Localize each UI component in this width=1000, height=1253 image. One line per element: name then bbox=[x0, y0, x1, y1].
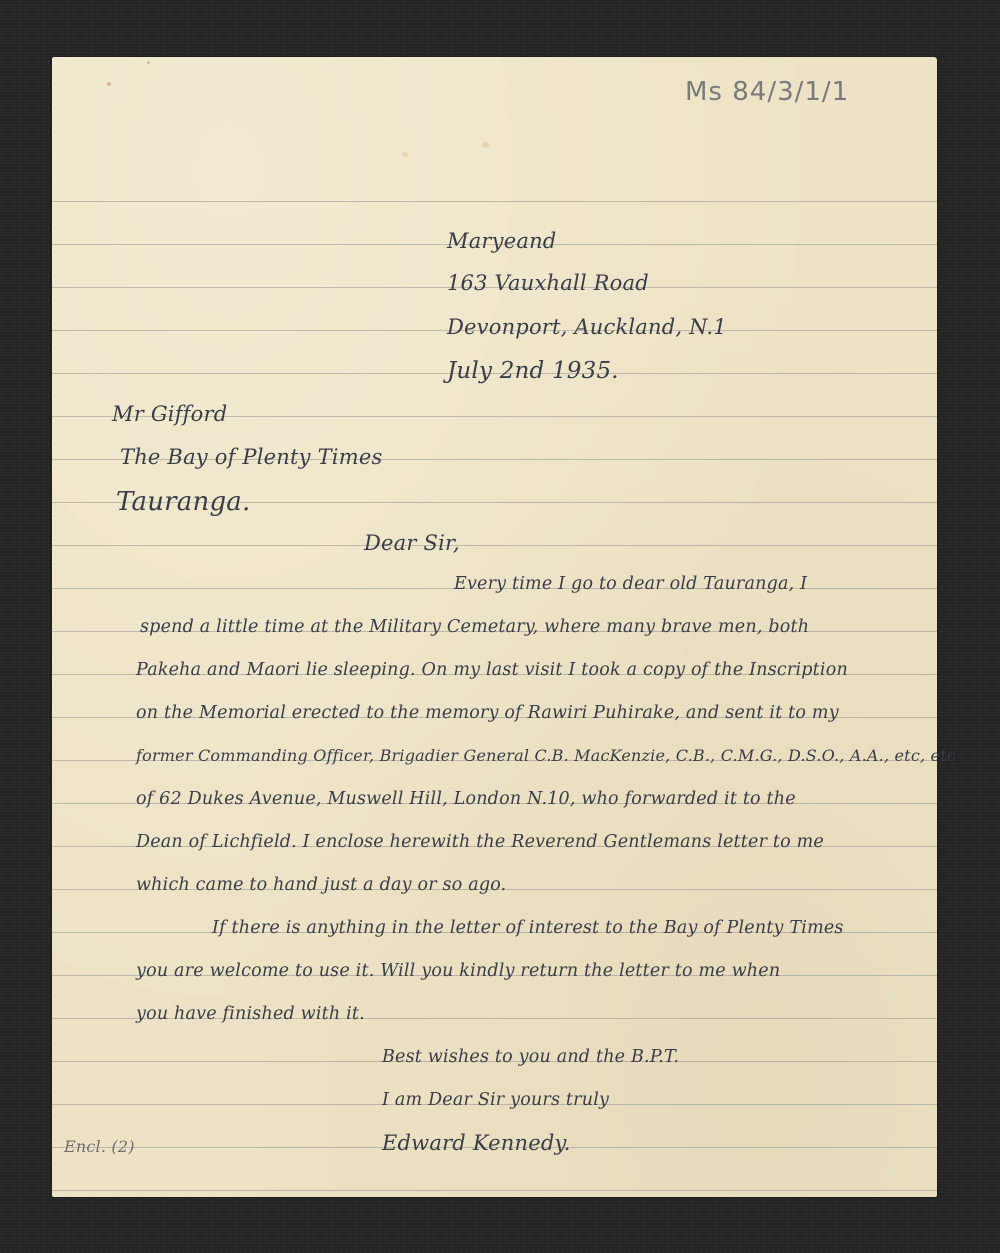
body-line: on the Memorial erected to the memory of… bbox=[136, 703, 839, 723]
paper-stain bbox=[107, 82, 111, 86]
sender-city: Devonport, Auckland, N.1 bbox=[447, 315, 727, 339]
closing-valediction: I am Dear Sir yours truly bbox=[382, 1090, 609, 1110]
archive-reference: Ms 84/3/1/1 bbox=[685, 77, 849, 107]
paper-stain bbox=[147, 61, 150, 64]
letter-date: July 2nd 1935. bbox=[447, 358, 619, 384]
salutation: Dear Sir, bbox=[364, 531, 460, 555]
sender-house-name: Maryeand bbox=[447, 229, 556, 253]
enclosure-note: Encl. (2) bbox=[64, 1137, 135, 1156]
recipient-name: Mr Gifford bbox=[112, 402, 227, 426]
letter-page: Ms 84/3/1/1 Maryeand 163 Vauxhall Road D… bbox=[52, 57, 937, 1197]
body-line: of 62 Dukes Avenue, Muswell Hill, London… bbox=[136, 789, 796, 809]
body-line: you have finished with it. bbox=[136, 1004, 365, 1024]
sender-street: 163 Vauxhall Road bbox=[447, 271, 649, 295]
paper-stain bbox=[402, 152, 408, 157]
body-line: Every time I go to dear old Tauranga, I bbox=[454, 574, 807, 594]
recipient-place: Tauranga. bbox=[116, 487, 250, 517]
body-line: former Commanding Officer, Brigadier Gen… bbox=[136, 746, 956, 765]
body-line: If there is anything in the letter of in… bbox=[212, 918, 844, 938]
body-line: spend a little time at the Military Ceme… bbox=[140, 617, 809, 637]
body-line: Pakeha and Maori lie sleeping. On my las… bbox=[136, 660, 848, 680]
recipient-organization: The Bay of Plenty Times bbox=[120, 445, 382, 469]
paper-stain bbox=[482, 142, 489, 148]
closing-wishes: Best wishes to you and the B.P.T. bbox=[382, 1047, 679, 1067]
body-line: Dean of Lichfield. I enclose herewith th… bbox=[136, 832, 824, 852]
body-line: which came to hand just a day or so ago. bbox=[136, 875, 506, 895]
body-line: you are welcome to use it. Will you kind… bbox=[136, 961, 780, 981]
signature: Edward Kennedy. bbox=[382, 1131, 571, 1155]
